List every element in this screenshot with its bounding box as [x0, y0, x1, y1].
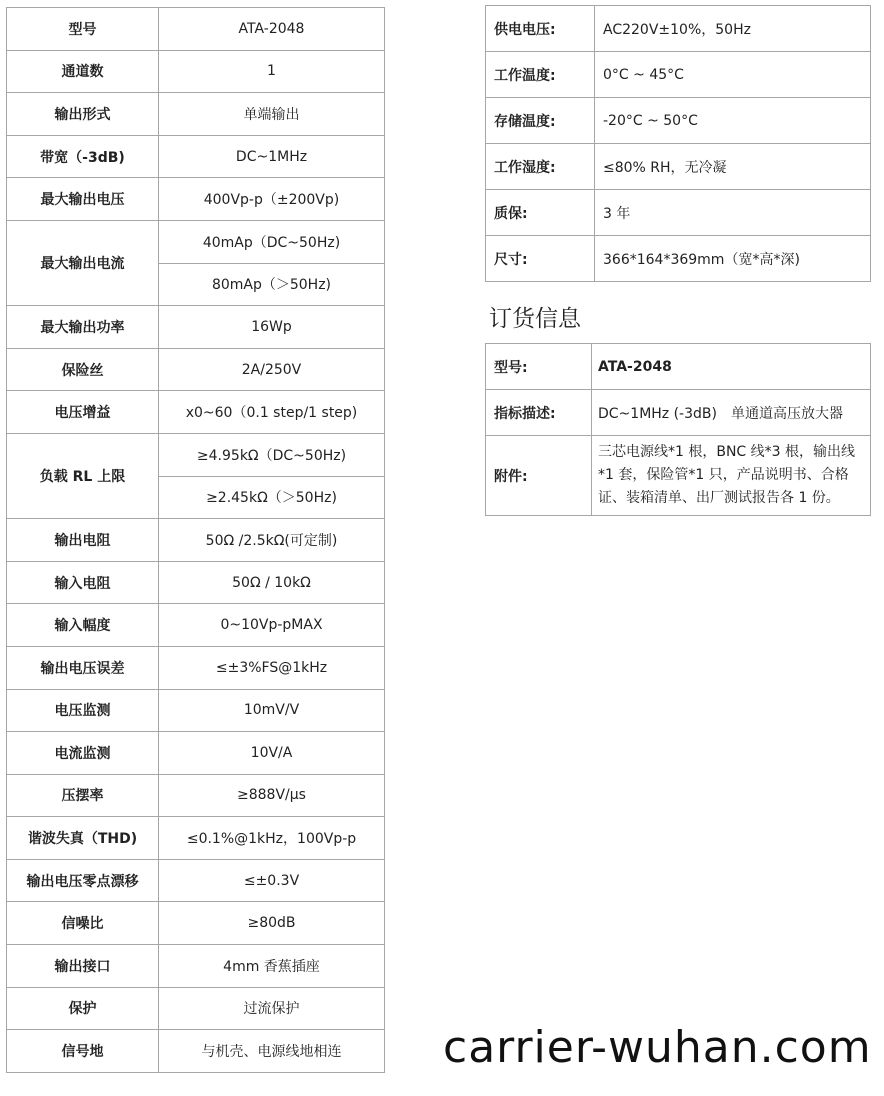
spec-table: 型号ATA-2048通道数1输出形式单端输出带宽（-3dB)DC~1MHz最大输…: [6, 7, 385, 1073]
spec-row: 保险丝2A/250V: [7, 348, 385, 391]
env-row: 工作湿度:≤80% RH，无冷凝: [486, 144, 871, 190]
spec-label: 通道数: [7, 50, 159, 93]
spec-value: 与机壳、电源线地相连: [159, 1030, 385, 1073]
spec-label: 电压增益: [7, 391, 159, 434]
spec-value: 过流保护: [159, 987, 385, 1030]
spec-row: 输出接口4mm 香蕉插座: [7, 945, 385, 988]
spec-row: 输出电压零点漂移≤±0.3V: [7, 859, 385, 902]
spec-label: 输出电阻: [7, 519, 159, 562]
spec-value: 16Wp: [159, 306, 385, 349]
spec-row: 输入幅度0~10Vp-pMAX: [7, 604, 385, 647]
spec-value: ≤±3%FS@1kHz: [159, 646, 385, 689]
spec-value: 4mm 香蕉插座: [159, 945, 385, 988]
spec-value: 10V/A: [159, 732, 385, 775]
order-row-model: 型号: ATA-2048: [486, 344, 871, 390]
spec-label: 输入幅度: [7, 604, 159, 647]
env-value: 366*164*369mm（宽*高*深): [595, 236, 871, 282]
order-info-table: 型号: ATA-2048 指标描述: DC~1MHz (-3dB) 单通道高压放…: [485, 343, 871, 516]
spec-label: 型号: [7, 8, 159, 51]
spec-label: 压摆率: [7, 774, 159, 817]
spec-value: 40mAp（DC~50Hz): [159, 220, 385, 263]
spec-label: 负载 RL 上限: [7, 433, 159, 518]
spec-label: 输出电压零点漂移: [7, 859, 159, 902]
spec-value: 单端输出: [159, 93, 385, 136]
spec-row: 最大输出电流40mAp（DC~50Hz): [7, 220, 385, 263]
env-row: 供电电压:AC220V±10%，50Hz: [486, 6, 871, 52]
spec-label: 输出形式: [7, 93, 159, 136]
env-label: 尺寸:: [486, 236, 595, 282]
env-value: 0°C ~ 45°C: [595, 52, 871, 98]
env-value: ≤80% RH，无冷凝: [595, 144, 871, 190]
spec-row: 通道数1: [7, 50, 385, 93]
order-value-description: DC~1MHz (-3dB) 单通道高压放大器: [592, 390, 871, 436]
spec-value: DC~1MHz: [159, 135, 385, 178]
spec-row: 信噪比≥80dB: [7, 902, 385, 945]
order-label: 指标描述:: [486, 390, 592, 436]
spec-row: 电流监测10V/A: [7, 732, 385, 775]
spec-value: 2A/250V: [159, 348, 385, 391]
spec-value: ≤0.1%@1kHz，100Vp-p: [159, 817, 385, 860]
spec-label: 输出接口: [7, 945, 159, 988]
spec-label: 最大输出功率: [7, 306, 159, 349]
spec-value: ≥80dB: [159, 902, 385, 945]
spec-label: 保险丝: [7, 348, 159, 391]
order-label: 附件:: [486, 436, 592, 516]
spec-label: 谐波失真（THD): [7, 817, 159, 860]
spec-row: 保护过流保护: [7, 987, 385, 1030]
spec-value: 1: [159, 50, 385, 93]
spec-value: ≥4.95kΩ（DC~50Hz): [159, 433, 385, 476]
spec-label: 电压监测: [7, 689, 159, 732]
spec-row: 谐波失真（THD)≤0.1%@1kHz，100Vp-p: [7, 817, 385, 860]
spec-row: 输出电压误差≤±3%FS@1kHz: [7, 646, 385, 689]
spec-value: 400Vp-p（±200Vp): [159, 178, 385, 221]
env-label: 质保:: [486, 190, 595, 236]
spec-value: ATA-2048: [159, 8, 385, 51]
env-row: 工作温度:0°C ~ 45°C: [486, 52, 871, 98]
spec-value: 50Ω /2.5kΩ(可定制): [159, 519, 385, 562]
spec-label: 保护: [7, 987, 159, 1030]
spec-row: 输出形式单端输出: [7, 93, 385, 136]
spec-row: 带宽（-3dB)DC~1MHz: [7, 135, 385, 178]
spec-value: 50Ω / 10kΩ: [159, 561, 385, 604]
order-row-accessories: 附件: 三芯电源线*1 根，BNC 线*3 根，输出线*1 套，保险管*1 只，…: [486, 436, 871, 516]
environment-table: 供电电压:AC220V±10%，50Hz工作温度:0°C ~ 45°C存储温度:…: [485, 5, 871, 282]
spec-label: 输入电阻: [7, 561, 159, 604]
spec-row: 输出电阻50Ω /2.5kΩ(可定制): [7, 519, 385, 562]
spec-row: 型号ATA-2048: [7, 8, 385, 51]
spec-label: 带宽（-3dB): [7, 135, 159, 178]
env-row: 尺寸:366*164*369mm（宽*高*深): [486, 236, 871, 282]
order-value-model: ATA-2048: [592, 344, 871, 390]
env-value: 3 年: [595, 190, 871, 236]
order-row-description: 指标描述: DC~1MHz (-3dB) 单通道高压放大器: [486, 390, 871, 436]
spec-row: 输入电阻50Ω / 10kΩ: [7, 561, 385, 604]
watermark-text: carrier-wuhan.com: [443, 1022, 872, 1073]
env-row: 存储温度:-20°C ~ 50°C: [486, 98, 871, 144]
spec-row: 最大输出电压400Vp-p（±200Vp): [7, 178, 385, 221]
spec-value: 10mV/V: [159, 689, 385, 732]
spec-label: 输出电压误差: [7, 646, 159, 689]
env-row: 质保:3 年: [486, 190, 871, 236]
spec-label: 最大输出电流: [7, 220, 159, 305]
spec-row: 信号地与机壳、电源线地相连: [7, 1030, 385, 1073]
env-label: 工作湿度:: [486, 144, 595, 190]
spec-row: 最大输出功率16Wp: [7, 306, 385, 349]
spec-value: ≥2.45kΩ（＞50Hz): [159, 476, 385, 519]
spec-row: 负载 RL 上限≥4.95kΩ（DC~50Hz): [7, 433, 385, 476]
env-label: 存储温度:: [486, 98, 595, 144]
spec-label: 信号地: [7, 1030, 159, 1073]
spec-row: 电压监测10mV/V: [7, 689, 385, 732]
spec-row: 压摆率≥888V/μs: [7, 774, 385, 817]
env-value: -20°C ~ 50°C: [595, 98, 871, 144]
spec-value: x0~60（0.1 step/1 step): [159, 391, 385, 434]
env-value: AC220V±10%，50Hz: [595, 6, 871, 52]
order-value-accessories: 三芯电源线*1 根，BNC 线*3 根，输出线*1 套，保险管*1 只，产品说明…: [592, 436, 871, 516]
spec-label: 信噪比: [7, 902, 159, 945]
spec-value: ≤±0.3V: [159, 859, 385, 902]
order-label: 型号:: [486, 344, 592, 390]
env-label: 供电电压:: [486, 6, 595, 52]
spec-value: ≥888V/μs: [159, 774, 385, 817]
spec-value: 80mAp（＞50Hz): [159, 263, 385, 306]
env-label: 工作温度:: [486, 52, 595, 98]
spec-value: 0~10Vp-pMAX: [159, 604, 385, 647]
spec-label: 电流监测: [7, 732, 159, 775]
spec-label: 最大输出电压: [7, 178, 159, 221]
order-info-heading: 订货信息: [489, 300, 581, 333]
spec-row: 电压增益x0~60（0.1 step/1 step): [7, 391, 385, 434]
